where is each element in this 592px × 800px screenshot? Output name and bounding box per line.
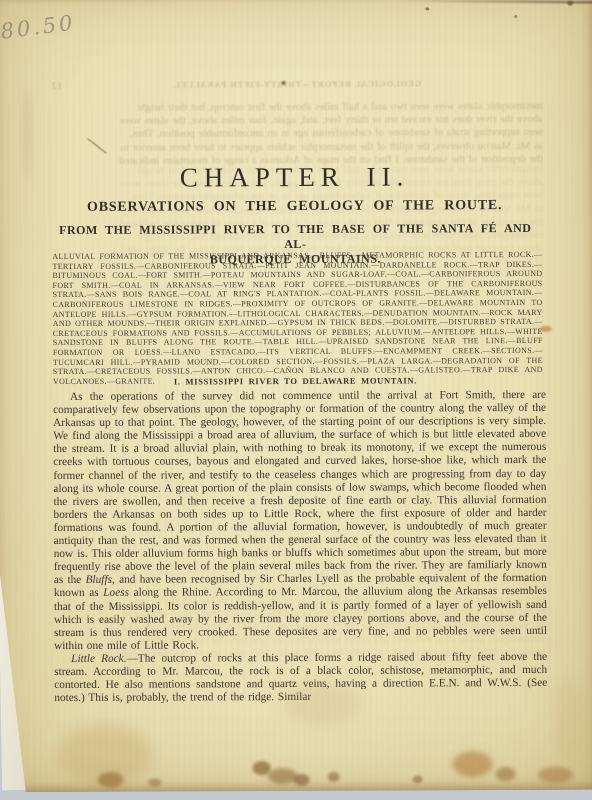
section-heading: I. MISSISSIPPI RIVER TO DELAWARE MOUNTAI… [0, 375, 592, 388]
scanned-page-view: GEOLOGICAL REPORT—THIRTY-FIFTH PARALLEL.… [0, 0, 592, 800]
paragraph-segment: .—The outcrop of rocks at this place for… [54, 651, 547, 704]
body-paragraph: As the operations of the survey did not … [53, 389, 547, 653]
foxing-spot [538, 767, 574, 783]
ghost-running-head-row: GEOLOGICAL REPORT—THIRTY-FIFTH PARALLEL.… [49, 79, 543, 96]
foxing-spot [148, 779, 162, 787]
chapter-title: OBSERVATIONS ON THE GEOLOGY OF THE ROUTE… [0, 198, 592, 217]
stain-blotch [553, 675, 583, 765]
ghost-running-head: GEOLOGICAL REPORT—THIRTY-FIFTH PARALLEL. [170, 79, 421, 89]
stain-blotch [57, 725, 152, 787]
foxing-spot [413, 775, 423, 783]
body-text: As the operations of the survey did not … [53, 389, 547, 705]
speck [514, 15, 517, 18]
showthrough-text-top: GEOLOGICAL REPORT—THIRTY-FIFTH PARALLEL.… [49, 79, 543, 168]
speck [425, 7, 429, 10]
foxing-spot [496, 767, 516, 781]
handwritten-price-note: 80.50 [0, 10, 77, 43]
chapter-heading: CHAPTER II. [0, 161, 592, 195]
chapter-subtitle-line1: FROM THE MISSISSIPPI RIVER TO THE BASE O… [59, 221, 531, 251]
scanned-paper-page: GEOLOGICAL REPORT—THIRTY-FIFTH PARALLEL.… [0, 0, 592, 792]
paragraph-segment-italic: Little Rock [71, 653, 124, 665]
foxing-spot [98, 772, 124, 788]
foxing-spot [268, 768, 298, 784]
chapter-synopsis: ALLUVIAL FORMATION OF THE MISSISSIPPI AN… [52, 250, 543, 386]
paragraph-segment-italic: Bluffs [86, 574, 112, 586]
foxing-spot [453, 751, 493, 777]
body-paragraph: Little Rock.—The outcrop of rocks at thi… [54, 651, 547, 706]
foxing-spot [253, 761, 271, 775]
ghost-page-number: 12 [51, 81, 62, 91]
paragraph-segment-italic: Loess [103, 587, 129, 599]
foxing-spot [328, 772, 340, 782]
foxing-spot [294, 774, 310, 786]
paragraph-segment: As the operations of the survey did not … [53, 389, 547, 586]
